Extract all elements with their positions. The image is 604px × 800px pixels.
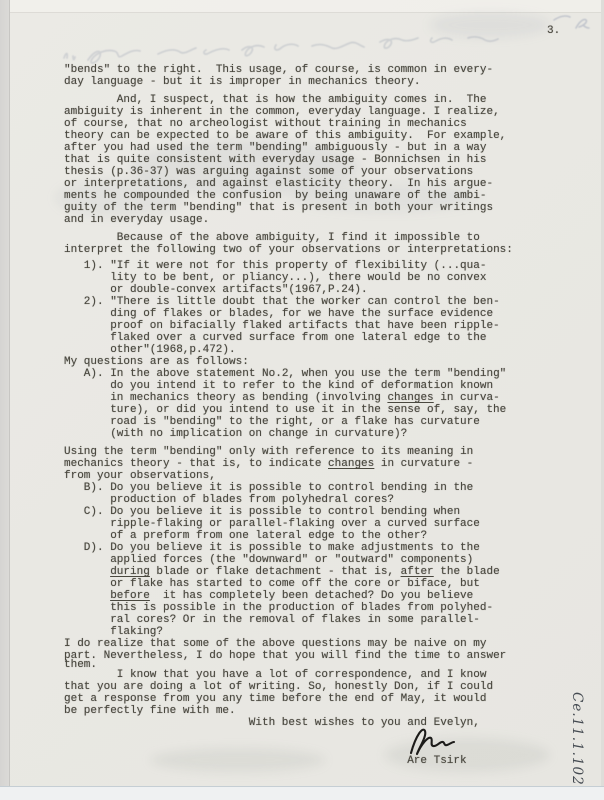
letter-line: or flake has started to come off the cor… <box>64 578 544 590</box>
letter-line: ambiguity is inherent in the common, eve… <box>64 106 544 118</box>
letter-line: (with no implication on change in curvat… <box>64 428 544 440</box>
letter-line: flaked over a curved surface from one la… <box>64 332 544 344</box>
letter-line: ding of flakes or blades, for we have th… <box>64 308 544 320</box>
letter-line: D). Do you believe it is possible to mak… <box>64 542 544 554</box>
letter-body: "bends" to the right. This usage, of cou… <box>64 64 544 767</box>
letter-line: A). In the above statement No.2, when yo… <box>64 368 544 380</box>
scanned-letter-page: 3. "bends" to the right. This usage, of … <box>0 0 604 800</box>
letter-line: ral cores? Or in the removal of flakes i… <box>64 614 544 626</box>
letter-line: Are Tsirk <box>64 755 544 767</box>
letter-line: "bends" to the right. This usage, of cou… <box>64 64 544 76</box>
letter-line: before it has completely been detached? … <box>64 590 544 602</box>
letter-line: interpret the following two of your obse… <box>64 244 544 256</box>
letter-line: do you intend it to refer to the kind of… <box>64 380 544 392</box>
letter-line: or interpretations, and against elastici… <box>64 178 544 190</box>
letter-line: be perfectly fine with me. <box>64 705 544 717</box>
letter-line: Because of the above ambiguity, I find i… <box>64 232 544 244</box>
letter-line: road is "bending" to the right, or a fla… <box>64 416 544 428</box>
letter-line: I know that you have a lot of correspond… <box>64 669 544 681</box>
letter-line: during blade or flake detachment - that … <box>64 566 544 578</box>
letter-line: 2). "There is little doubt that the work… <box>64 296 544 308</box>
paper-bottom-edge <box>0 786 604 800</box>
letter-line: My questions are as follows: <box>64 356 544 368</box>
letter-line: With best wishes to you and Evelyn, <box>64 717 544 729</box>
letter-line: get a response from you any time before … <box>64 693 544 705</box>
paper-top-edge <box>0 0 604 13</box>
letter-line: flaking? <box>64 626 544 638</box>
letter-line: of course, that no archeologist without … <box>64 118 544 130</box>
letter-line: guity of the term "bending" that is pres… <box>64 202 544 214</box>
letter-line: applied forces (the "downward" or "outwa… <box>64 554 544 566</box>
letter-line: B). Do you believe it is possible to con… <box>64 482 544 494</box>
letter-line: other"(1968,p.472). <box>64 344 544 356</box>
letter-line: thesis (p.36-37) was arguing against som… <box>64 166 544 178</box>
letter-line: And, I suspect, that is how the ambiguit… <box>64 94 544 106</box>
letter-line: lity to be bent, or pliancy...), there w… <box>64 272 544 284</box>
letter-line: or double-convex artifacts"(1967,P.24). <box>64 284 544 296</box>
letter-line: mechanics theory - that is, to indicate … <box>64 458 544 470</box>
letter-line: that you are doing a lot of writing. So,… <box>64 681 544 693</box>
letter-line: and in everyday usage. <box>64 214 544 226</box>
letter-line: C). Do you believe it is possible to con… <box>64 506 544 518</box>
letter-line: that is quite consistent with everyday u… <box>64 154 544 166</box>
letter-line: after you had used the term "bending" am… <box>64 142 544 154</box>
letter-line: ripple-flaking or parallel-flaking over … <box>64 518 544 530</box>
letter-line: Using the term "bending" only with refer… <box>64 446 544 458</box>
letter-line: 1). "If it were not for this property of… <box>64 260 544 272</box>
letter-line: of a preform from one lateral edge to th… <box>64 530 544 542</box>
letter-line: day language - but it is improper in mec… <box>64 76 544 88</box>
letter-line: them. <box>64 662 544 669</box>
letter-line: from your observations, <box>64 470 544 482</box>
letter-line: production of blades from polyhedral cor… <box>64 494 544 506</box>
catalog-number: Ce.11.1.102 <box>569 692 585 800</box>
scan-smudge <box>430 12 550 38</box>
letter-line: ments he compounded the confusion by bei… <box>64 190 544 202</box>
letter-line: in mechanics theory as bending (involvin… <box>64 392 544 404</box>
page-number: 3. <box>547 25 560 37</box>
signature-scribble <box>406 723 458 759</box>
letter-line: I do realize that some of the above ques… <box>64 638 544 650</box>
paper-left-edge <box>0 0 10 800</box>
letter-line: this is possible in the production of bl… <box>64 602 544 614</box>
letter-line: proof on bifacially flaked artifacts tha… <box>64 320 544 332</box>
letter-line: theory can be expected to be aware of th… <box>64 130 544 142</box>
letter-line: part. Nevertheless, I do hope that you w… <box>64 650 544 662</box>
letter-line: ture), or did you intend to use it in th… <box>64 404 544 416</box>
